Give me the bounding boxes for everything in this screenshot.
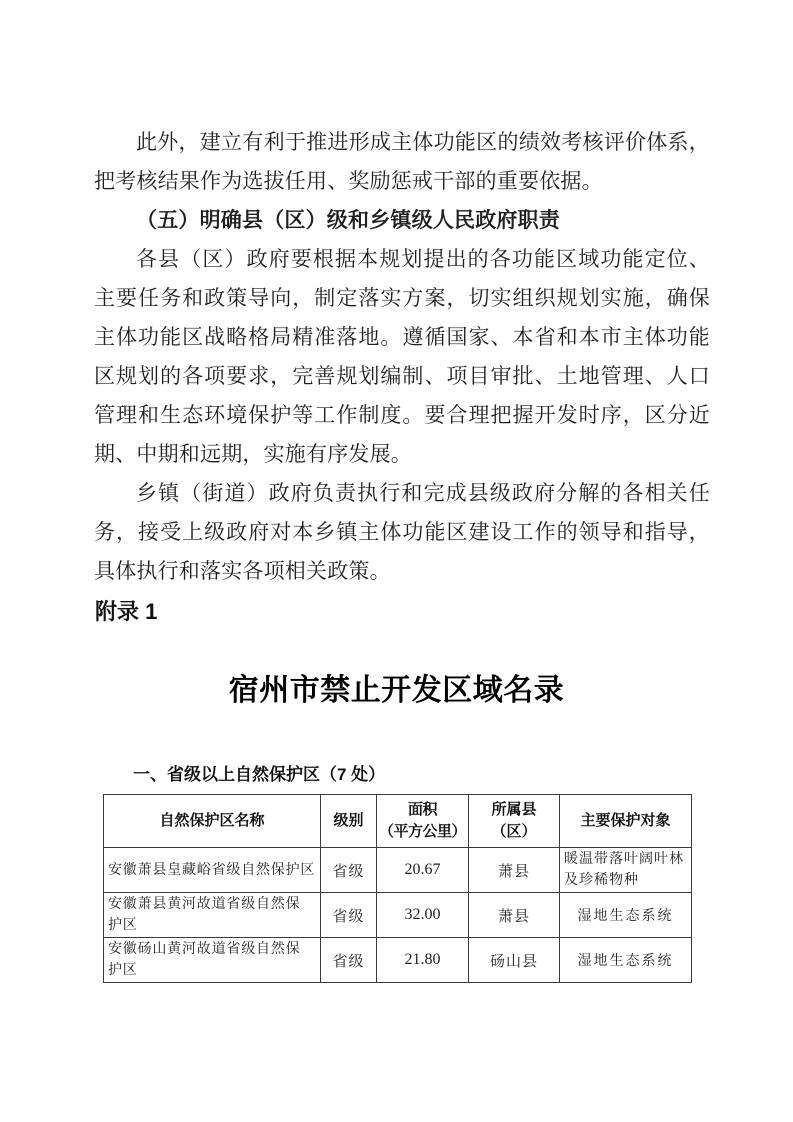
cell-county: 萧县: [469, 893, 560, 938]
body-line: 乡镇（街道）政府负责执行和完成县级政府分解的各相关任: [94, 474, 710, 513]
cell-area: 32.00: [377, 893, 469, 938]
body-line: 主要任务和政策导向，制定落实方案，切实组织规划实施，确保: [94, 279, 710, 318]
body-line: 具体执行和落实各项相关政策。: [94, 552, 710, 591]
body-text-block: 此外，建立有利于推进形成主体功能区的绩效考核评价体系， 把考核结果作为选拔任用、…: [94, 123, 710, 591]
section-heading: 一、省级以上自然保护区（7 处）: [133, 762, 385, 788]
column-header-area: 面积 （平方公里）: [377, 795, 469, 848]
body-line: 各县（区）政府要根据本规划提出的各功能区域功能定位、: [94, 240, 710, 279]
column-header-reserve-name: 自然保护区名称: [104, 795, 321, 848]
body-line: 把考核结果作为选拔任用、奖励惩戒干部的重要依据。: [94, 162, 710, 201]
body-line: 区规划的各项要求，完善规划编制、项目审批、土地管理、人口: [94, 357, 710, 396]
body-line: 务，接受上级政府对本乡镇主体功能区建设工作的领导和指导，: [94, 513, 710, 552]
column-header-protected: 主要保护对象: [560, 795, 692, 848]
cell-protected: 湿地生态系统: [560, 938, 692, 983]
appendix-label: 附录 1: [95, 596, 157, 628]
column-header-county: 所属县 （区）: [469, 795, 560, 848]
column-header-level: 级别: [321, 795, 377, 848]
body-line: 主体功能区战略格局精准落地。遵循国家、本省和本市主体功能: [94, 318, 710, 357]
cell-reserve-name: 安徽萧县黄河故道省级自然保 护区: [104, 893, 321, 938]
cell-area: 21.80: [377, 938, 469, 983]
nature-reserve-table: 自然保护区名称 级别 面积 （平方公里） 所属县 （区） 主要保护对象 安徽萧县…: [103, 794, 692, 983]
document-page: 此外，建立有利于推进形成主体功能区的绩效考核评价体系， 把考核结果作为选拔任用、…: [0, 0, 793, 1122]
cell-area: 20.67: [377, 848, 469, 893]
cell-protected: 暖温带落叶阔叶林 及珍稀物种: [560, 848, 692, 893]
table-row: 安徽萧县皇藏峪省级自然保护区 省级 20.67 萧县 暖温带落叶阔叶林 及珍稀物…: [104, 848, 692, 893]
cell-county: 萧县: [469, 848, 560, 893]
document-title: 宿州市禁止开发区域名录: [0, 670, 793, 712]
subsection-heading: （五）明确县（区）级和乡镇级人民政府职责: [94, 201, 710, 240]
body-line: 期、中期和远期，实施有序发展。: [94, 435, 710, 474]
table-row: 安徽萧县黄河故道省级自然保 护区 省级 32.00 萧县 湿地生态系统: [104, 893, 692, 938]
cell-reserve-name: 安徽萧县皇藏峪省级自然保护区: [104, 848, 321, 893]
body-line: 此外，建立有利于推进形成主体功能区的绩效考核评价体系，: [94, 123, 710, 162]
body-line: 管理和生态环境保护等工作制度。要合理把握开发时序，区分近: [94, 396, 710, 435]
cell-county: 砀山县: [469, 938, 560, 983]
cell-level: 省级: [321, 938, 377, 983]
cell-reserve-name: 安徽砀山黄河故道省级自然保 护区: [104, 938, 321, 983]
cell-level: 省级: [321, 848, 377, 893]
table-row: 安徽砀山黄河故道省级自然保 护区 省级 21.80 砀山县 湿地生态系统: [104, 938, 692, 983]
cell-level: 省级: [321, 893, 377, 938]
cell-protected: 湿地生态系统: [560, 893, 692, 938]
table-header-row: 自然保护区名称 级别 面积 （平方公里） 所属县 （区） 主要保护对象: [104, 795, 692, 848]
